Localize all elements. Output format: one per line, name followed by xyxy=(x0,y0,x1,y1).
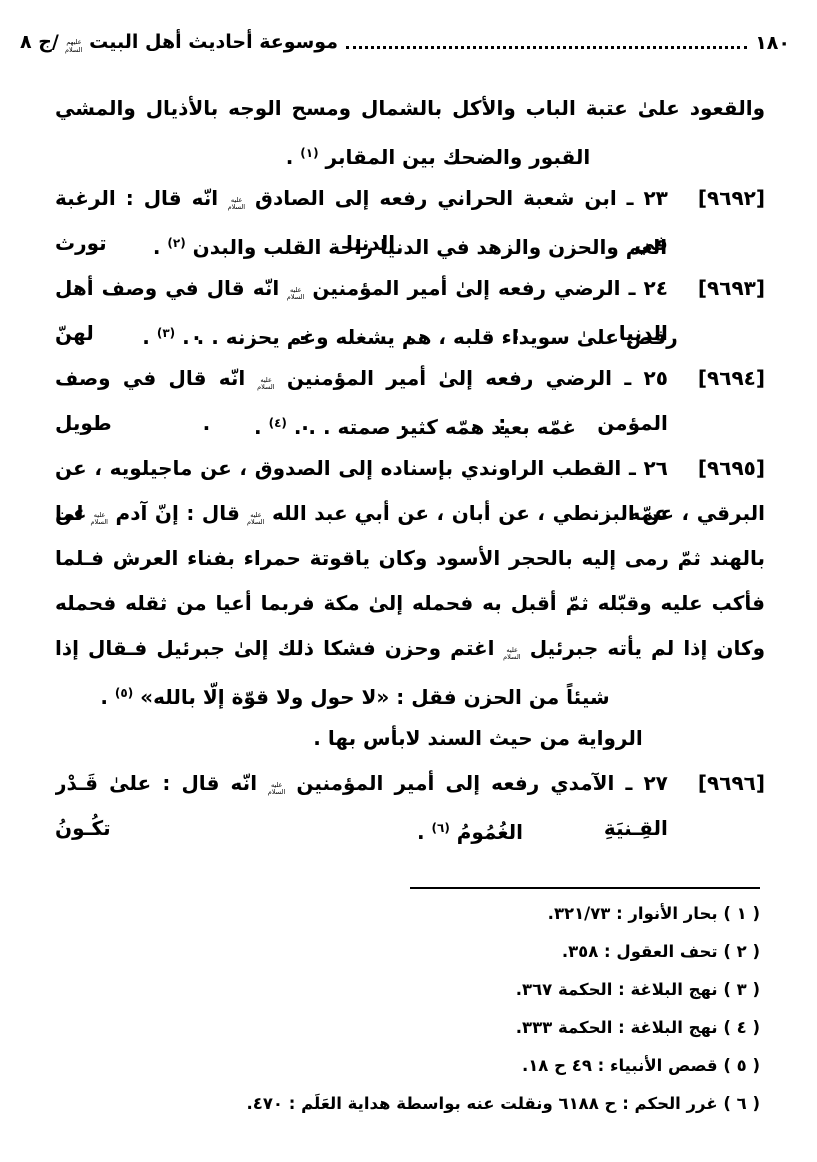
dotted-leader xyxy=(346,46,747,49)
footnote-item: ( ٤ ) نهج البلاغة : الحكمة ٣٣٣. xyxy=(55,1009,760,1047)
honorific-symbol: عليه السلام xyxy=(287,287,304,302)
honorific-symbol: عليه السلام xyxy=(228,197,245,212)
honorific-symbol: عليه السلام xyxy=(91,512,108,527)
footnote-ref: (٢) xyxy=(167,236,185,250)
footnote-ref: (٥) xyxy=(115,686,133,700)
hadith-entry: [٩٦٩٢] ٢٣ ـ ابن شعبة الحراني رفعه إلى ال… xyxy=(55,176,765,221)
footnote-ref: (١) xyxy=(300,146,318,160)
hadith-id: [٩٦٩٤] xyxy=(698,356,765,401)
hadith-id: [٩٦٩٢] xyxy=(698,176,765,221)
footnote-ref: (٣) xyxy=(157,326,175,340)
page-number: ١٨٠ xyxy=(755,32,790,54)
hadith-entry: [٩٦٩٣] ٢٤ ـ الرضي رفعه إلىٰ أمير المؤمني… xyxy=(55,266,765,311)
footnote-ref: (٤) xyxy=(269,416,287,430)
text-line: وكان إذا لم يأته جبرئيل عليه السلام اغتم… xyxy=(55,626,765,671)
text-line: رقص علىٰ سويداء قلبه ، هم يشغله وغم يحزن… xyxy=(55,311,765,356)
hadith-entry: [٩٦٩٦] ٢٧ ـ الآمدي رفعه إلى أمير المؤمني… xyxy=(55,761,765,806)
text-line: الغم والحزن والزهد في الدنيا راحة القلب … xyxy=(55,221,765,266)
page-body: والقعود علىٰ عتبة الباب والأكل بالشمال و… xyxy=(0,86,817,851)
text-line: الغُمُومُ (٦) . xyxy=(115,806,817,851)
footnote-item: ( ٦ ) غرر الحكم : ح ٦١٨٨ ونقلت عنه بواسط… xyxy=(55,1085,760,1123)
text-line: البرقي ، عن البزنطي ، عن أبان ، عن أبي ع… xyxy=(55,491,765,536)
footnote-item: ( ٢ ) تحف العقول : ٣٥٨. xyxy=(55,933,760,971)
book-page: ١٨٠ موسوعة أحاديث أهل البيت عليهم السلام… xyxy=(0,0,817,1162)
honorific-symbol: عليه السلام xyxy=(247,512,264,527)
hadith-id: [٩٦٩٣] xyxy=(698,266,765,311)
footnote-item: ( ٥ ) قصص الأنبياء : ٤٩ ح ١٨. xyxy=(55,1047,760,1085)
hadith-entry: [٩٦٩٤] ٢٥ ـ الرضي رفعه إلىٰ أمير المؤمني… xyxy=(55,356,765,401)
text-line: والقعود علىٰ عتبة الباب والأكل بالشمال و… xyxy=(55,86,765,131)
footnotes: ( ١ ) بحار الأنوار : ٣٢١/٧٣. ( ٢ ) تحف ا… xyxy=(0,887,817,1123)
footnote-ref: (٦) xyxy=(432,821,450,835)
text-line: بالهند ثمّ رمى إليه بالحجر الأسود وكان ي… xyxy=(55,536,765,581)
hadith-id: [٩٦٩٦] xyxy=(698,761,765,806)
text-line: القبور والضحك بين المقابر (١) . xyxy=(83,131,793,176)
footnote-item: ( ٣ ) نهج البلاغة : الحكمة ٣٦٧. xyxy=(55,971,760,1009)
footnote-rule xyxy=(410,887,760,889)
hadith-entry: [٩٦٩٥] ٢٦ ـ القطب الراوندي بإسناده إلى ا… xyxy=(55,446,765,491)
page-header: ١٨٠ موسوعة أحاديث أهل البيت عليهم السلام… xyxy=(0,0,817,54)
honorific-symbol: عليه السلام xyxy=(268,782,285,797)
text-line: شيئاً من الحزن فقل : «لا حول ولا قوّة إل… xyxy=(0,671,710,716)
honorific-symbol: عليه السلام xyxy=(258,377,275,392)
honorific-symbol: عليهم السلام xyxy=(65,39,82,54)
sanad-note: الرواية من حيث السند لابأس بها . xyxy=(123,716,817,761)
text-line: غمّه بعيد همّه كثير صمته . . . (٤) . xyxy=(60,401,770,446)
honorific-symbol: عليه السلام xyxy=(504,647,521,662)
book-title: موسوعة أحاديث أهل البيت عليهم السلام /ج … xyxy=(20,31,338,54)
text-line: فأكب عليه وقبّله ثمّ أقبل به فحمله إلىٰ … xyxy=(55,581,765,626)
footnote-item: ( ١ ) بحار الأنوار : ٣٢١/٧٣. xyxy=(55,895,760,933)
hadith-id: [٩٦٩٥] xyxy=(698,446,765,491)
